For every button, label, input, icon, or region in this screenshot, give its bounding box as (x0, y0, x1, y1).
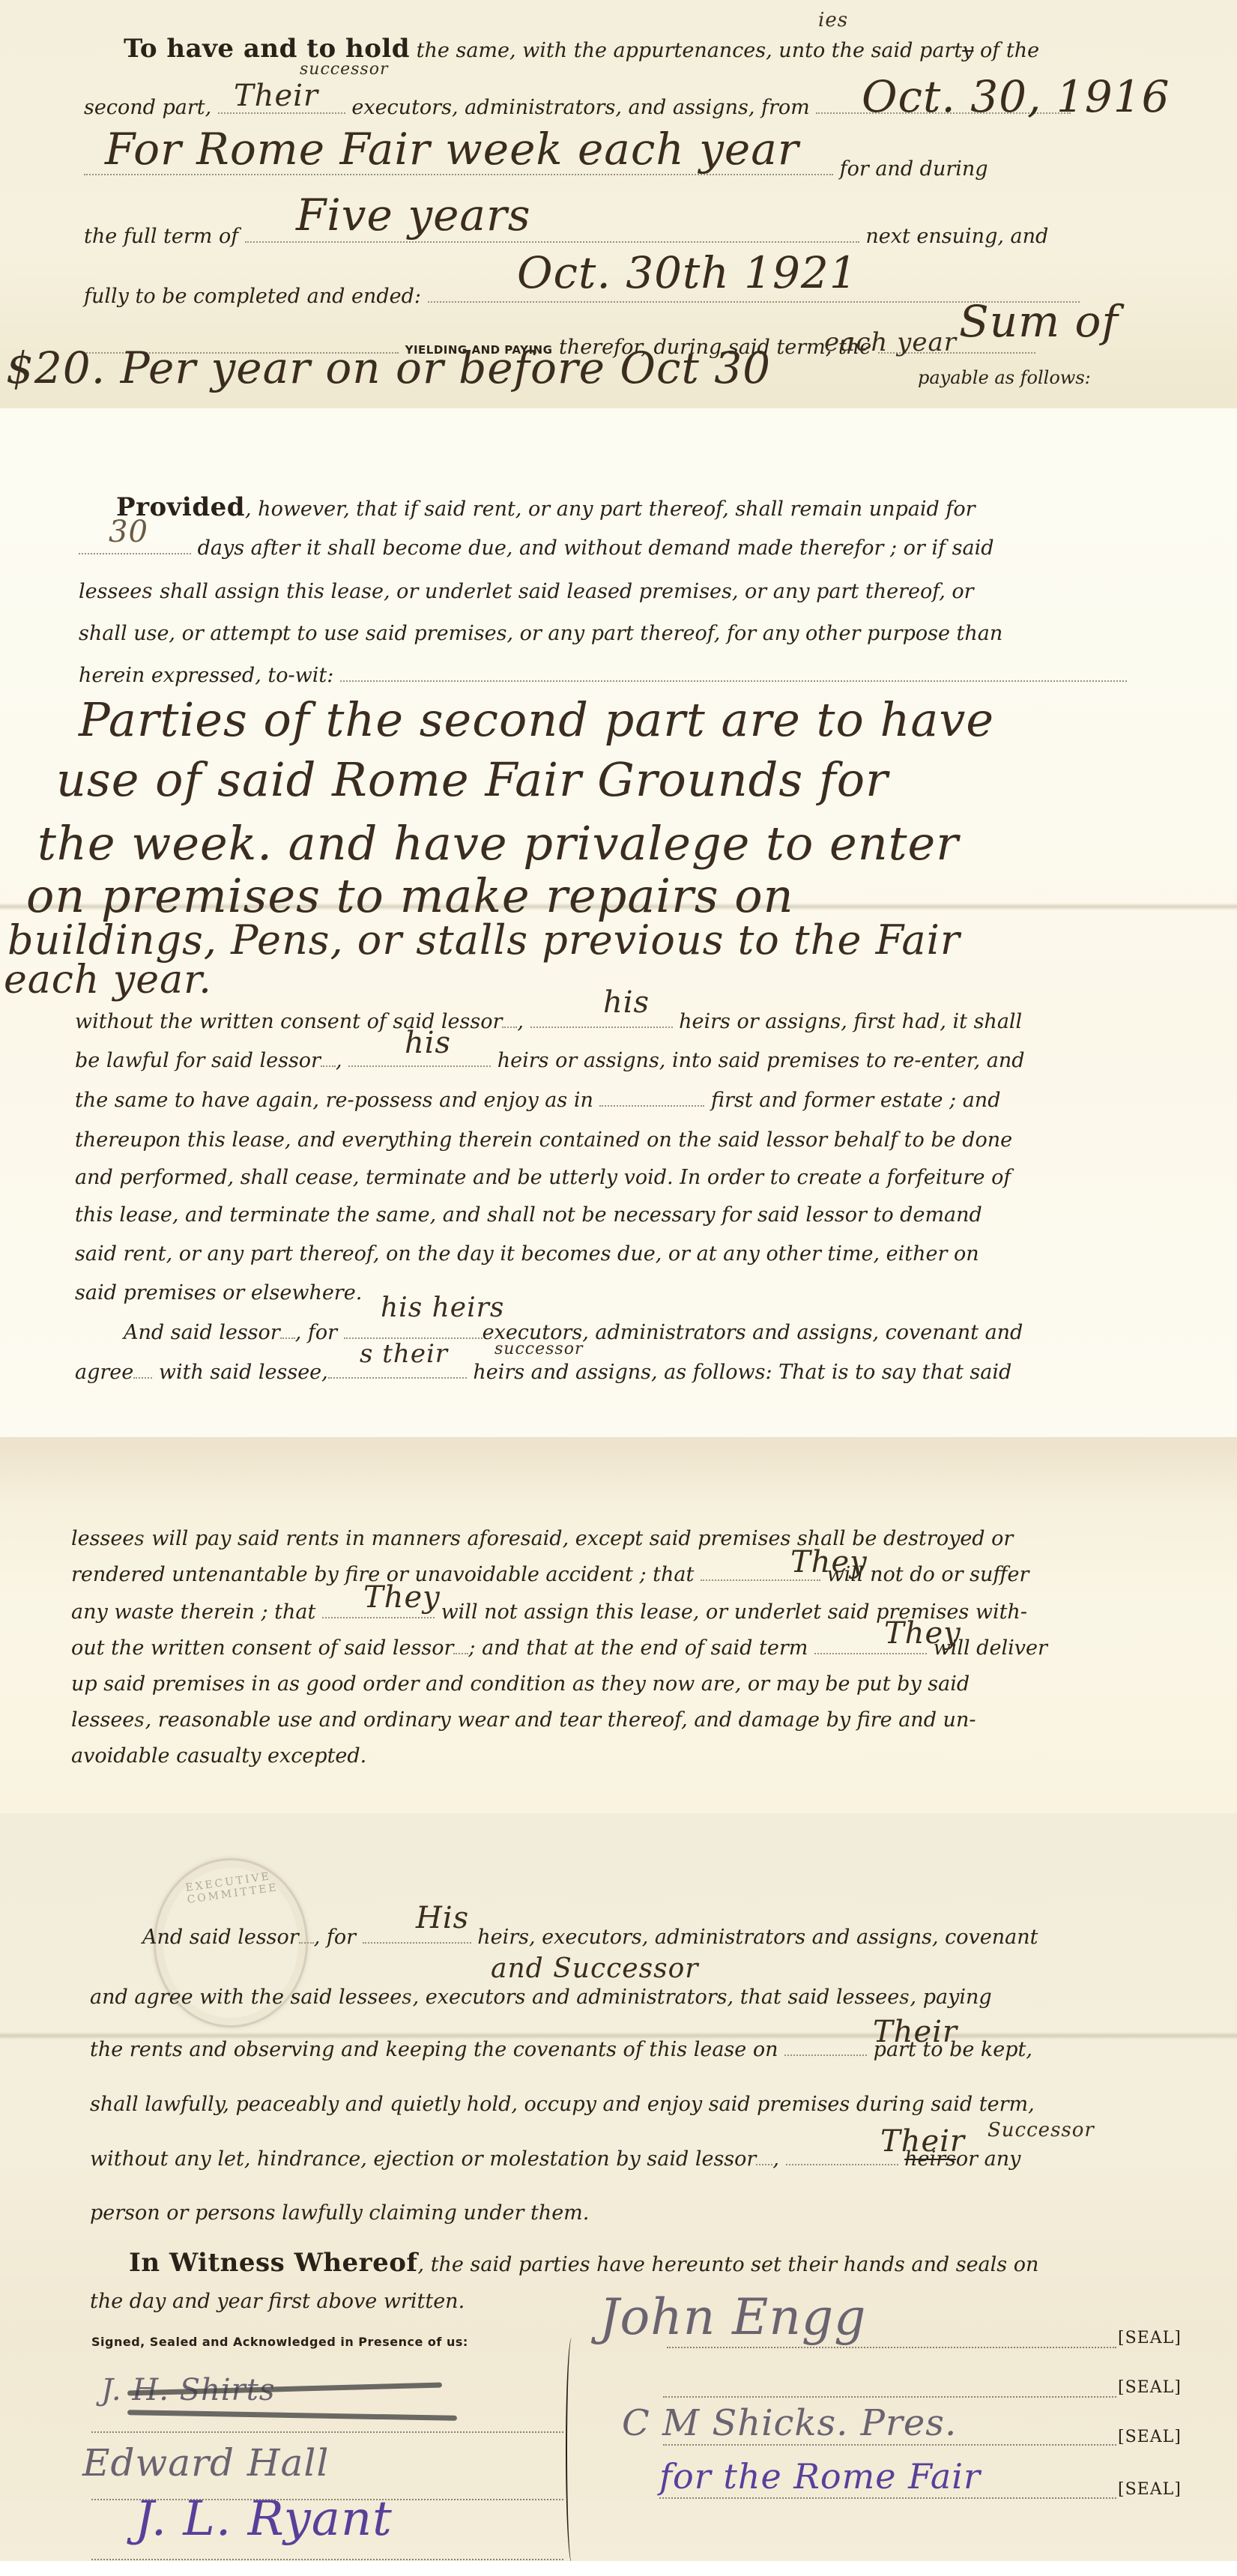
covenant-text: heirs and assigns, as follows: That is t… (473, 1361, 1011, 1384)
handwritten-his: His (416, 1903, 469, 1933)
covenants-line-5: up said premises in as good order and co… (71, 1674, 970, 1694)
forfeiture-line-3: the same to have again, re-possess and e… (75, 1090, 1000, 1110)
provided-text: , however, that if said rent, or any par… (245, 498, 976, 521)
label-executors: executors, administrators, and assigns, … (351, 96, 809, 119)
seal-label: [SEAL] (1118, 2428, 1182, 2446)
handwritten-and-successor: and Successor (491, 1956, 698, 1983)
covenant-line-2: agree with said lessee, heirs and assign… (75, 1362, 1011, 1382)
signature-brace (566, 2338, 578, 2563)
covenants-text: lessee (71, 1708, 134, 1732)
seal-label: [SEAL] (1118, 2480, 1182, 2499)
provided-line-5: herein expressed, to-wit: (79, 665, 1127, 686)
quiet-line-1: And said lessor, for heirs, executors, a… (142, 1927, 1038, 1947)
covenants-line-6: lessees, reasonable use and ordinary wea… (71, 1710, 976, 1730)
covenants-line-1: lessees will pay said rents in manners a… (71, 1529, 1013, 1549)
handwritten-each-year: each year (824, 330, 957, 355)
covenant-text: with said lessee, (159, 1361, 328, 1384)
forfeiture-text: the same to have again, re-possess and e… (75, 1089, 593, 1112)
fill-line (502, 1026, 517, 1028)
quiet-text: , for (314, 1926, 356, 1949)
witness-signature: J. L. Ryant (135, 2495, 393, 2543)
handwritten-start-date: Oct. 30, 1916 (862, 75, 1170, 118)
forfeiture-line-8: said premises or elsewhere. (75, 1283, 362, 1303)
quiet-text: heirs, executors, administrators and ass… (477, 1926, 1038, 1949)
witness-heading: In Witness Whereof (129, 2248, 418, 2278)
covenants-text: out the written consent of said lessor (71, 1636, 453, 1660)
quiet-text: and agree with the said lessee (90, 1986, 402, 2009)
handwritten-s-their: s their (360, 1341, 448, 1367)
handwritten-sum-of: Sum of (959, 300, 1119, 343)
provided-text: lessee (79, 580, 142, 603)
label-full-term: the full term of (84, 225, 238, 248)
handwritten-their: Their (880, 2126, 965, 2156)
handwritten-his-heirs: his heirs (381, 1295, 504, 1322)
quiet-line-6: person or persons lawfully claiming unde… (90, 2203, 589, 2223)
fill-line (348, 1065, 491, 1067)
handwritten-rent-amount: $20. Per year on or before Oct 30 (6, 346, 771, 390)
handwritten-s: s (899, 1986, 910, 2009)
handwritten-their: Their (873, 2017, 958, 2047)
lessor-signature: John Engg (599, 2293, 866, 2342)
quiet-text: or any (956, 2147, 1020, 2171)
handwritten-end-date: Oct. 30th 1921 (517, 251, 858, 294)
fill-line (814, 1652, 927, 1654)
fill-line (340, 680, 1127, 682)
covenants-text: any waste therein ; that (71, 1600, 315, 1624)
forfeiture-text: heirs or assigns, first had, it shall (679, 1010, 1022, 1033)
struck-letter: y (962, 39, 973, 62)
fill-line (530, 1026, 673, 1028)
handwritten-purpose-line-2: use of said Rome Fair Grounds for (56, 757, 889, 803)
quiet-text: the rents and observing and keeping the … (90, 2038, 778, 2061)
presence-label: Signed, Sealed and Acknowledged in Prese… (91, 2336, 468, 2348)
handwritten-purpose-line-6: each year. (4, 961, 212, 1000)
fill-line (245, 241, 859, 243)
covenants-text: will pay said rents in manners aforesaid… (151, 1527, 1013, 1550)
fill-line (299, 1941, 314, 1944)
forfeiture-text: first and former estate ; and (711, 1089, 1000, 1112)
handwritten-his: his (405, 1028, 451, 1058)
covenants-line-2: rendered untenantable by fire or unavoid… (71, 1564, 1029, 1585)
fill-line (322, 1616, 435, 1618)
handwritten-purpose-line-3: the week. and have privalege to enter (37, 820, 959, 867)
signature-line (663, 2396, 1116, 2398)
provided-text: shall assign this lease, or underlet sai… (160, 580, 973, 603)
covenants-text: , reasonable use and ordinary wear and t… (145, 1708, 976, 1732)
quiet-text: without any let, hindrance, ejection or … (90, 2147, 756, 2171)
label-for-and-during: for and during (840, 157, 988, 181)
covenants-text: ; and that at the end of said term (468, 1636, 808, 1660)
label-next-ensuing: next ensuing, and (865, 225, 1048, 248)
fill-line (599, 1104, 704, 1107)
handwritten-purpose-line-5: buildings, Pens, or stalls previous to t… (7, 920, 961, 961)
provided-text: herein expressed, to-wit: (79, 664, 333, 687)
fill-line (79, 552, 191, 554)
seal-label: [SEAL] (1118, 2378, 1182, 2397)
forfeiture-line-1: without the written consent of said less… (75, 1012, 1022, 1032)
forfeiture-line-2: be lawful for said lessor, heirs or assi… (75, 1050, 1025, 1071)
forfeiture-line-7: said rent, or any part thereof, on the d… (75, 1244, 979, 1264)
handwritten-their: Their (234, 81, 318, 111)
fill-line (328, 1376, 467, 1379)
habendum-line-4: the full term of next ensuing, and (84, 226, 1048, 247)
handwritten-his: his (603, 988, 650, 1018)
witness-line-2: the day and year first above written. (90, 2291, 465, 2312)
handwritten-purpose-line-1: Parties of the second part are to have (79, 697, 994, 743)
witness-text: , the said parties have hereunto set the… (418, 2253, 1039, 2276)
provided-text: days after it shall become due, and with… (198, 536, 994, 560)
forfeiture-text: be lawful for said lessor (75, 1049, 321, 1072)
fill-line (786, 2163, 898, 2165)
covenant-text: agree (75, 1361, 133, 1384)
covenants-line-7: avoidable casualty excepted. (71, 1746, 366, 1766)
signature-line (659, 2497, 1116, 2499)
label-payable-as-follows: payable as follows: (918, 369, 1091, 387)
handwritten-s: s (142, 578, 153, 603)
forfeiture-line-5: and performed, shall cease, terminate an… (75, 1167, 1011, 1188)
label-completed-ended: fully to be completed and ended: (84, 285, 421, 308)
handwritten-successor: successor (300, 61, 388, 78)
fill-line (453, 1652, 468, 1654)
handwritten-purpose: For Rome Fair week each year (105, 127, 799, 171)
witness-line (91, 2431, 563, 2433)
fill-line (363, 1941, 471, 1944)
habendum-heading: To have and to hold (124, 34, 410, 64)
habendum-line-1: To have and to hold the same, with the a… (124, 36, 1039, 61)
provided-line-1: Provided, however, that if said rent, or… (116, 495, 976, 520)
quiet-text: , executors and administrators, that sai… (413, 1986, 900, 2009)
covenant-text: , for (295, 1321, 337, 1344)
covenants-text: lessee (71, 1527, 134, 1550)
signature-line (667, 2347, 1116, 2348)
seal-label: [SEAL] (1118, 2329, 1182, 2347)
scan-margin (0, 2561, 1237, 2576)
witness-line (91, 2559, 563, 2560)
forfeiture-line-6: this lease, and terminate the same, and … (75, 1205, 982, 1225)
handwritten-purpose-line-4: on premises to make repairs on (26, 873, 794, 919)
quiet-line-4: shall lawfully, peaceably and quietly ho… (90, 2094, 1035, 2114)
label-second-part: second part, (84, 96, 211, 119)
witness-line-1: In Witness Whereof, the said parties hav… (129, 2250, 1038, 2276)
fill-line (784, 2054, 867, 2056)
handwritten-s: s (402, 1986, 412, 2009)
witness-signature: Edward Hall (82, 2444, 329, 2482)
habendum-text-end: of the (980, 39, 1039, 62)
quiet-line-2: and agree with the said lessees, executo… (90, 1987, 992, 2007)
provided-line-3: lessees shall assign this lease, or unde… (79, 581, 974, 602)
handwritten-they: They (884, 1618, 961, 1648)
forfeiture-line-4: thereupon this lease, and everything the… (75, 1130, 1012, 1150)
handwritten-successor: successor (495, 1341, 583, 1358)
quiet-text: , paying (910, 1986, 992, 2009)
provided-line-2: days after it shall become due, and with… (79, 538, 993, 558)
handwritten-s: s (134, 1528, 145, 1550)
signature-line (663, 2444, 1116, 2446)
fill-line (756, 2163, 772, 2165)
organization-signature: for the Rome Fair (659, 2459, 981, 2494)
habendum-text: the same, with the appurtenances, unto t… (417, 39, 963, 62)
fill-line (321, 1065, 336, 1067)
fill-line (133, 1376, 152, 1379)
handwritten-30-days: 30 (109, 517, 148, 547)
handwritten-successor: Successor (988, 2120, 1095, 2140)
handwritten-they: They (363, 1582, 441, 1612)
handwritten-insert-ies: ies (818, 10, 848, 30)
covenant-text: And said lessor (124, 1321, 280, 1344)
handwritten-term: Five years (296, 193, 530, 237)
fill-line (280, 1337, 295, 1339)
seal-text: EXECUTIVE COMMITTEE (185, 1866, 307, 1906)
quiet-text: And said lessor (142, 1926, 299, 1949)
handwritten-they: They (790, 1547, 868, 1577)
handwritten-s: s (134, 1709, 145, 1732)
provided-line-4: shall use, or attempt to use said premis… (79, 623, 1002, 644)
officer-signature: C M Shicks. Pres. (622, 2405, 957, 2441)
forfeiture-text: heirs or assigns, into said premises to … (497, 1049, 1025, 1072)
